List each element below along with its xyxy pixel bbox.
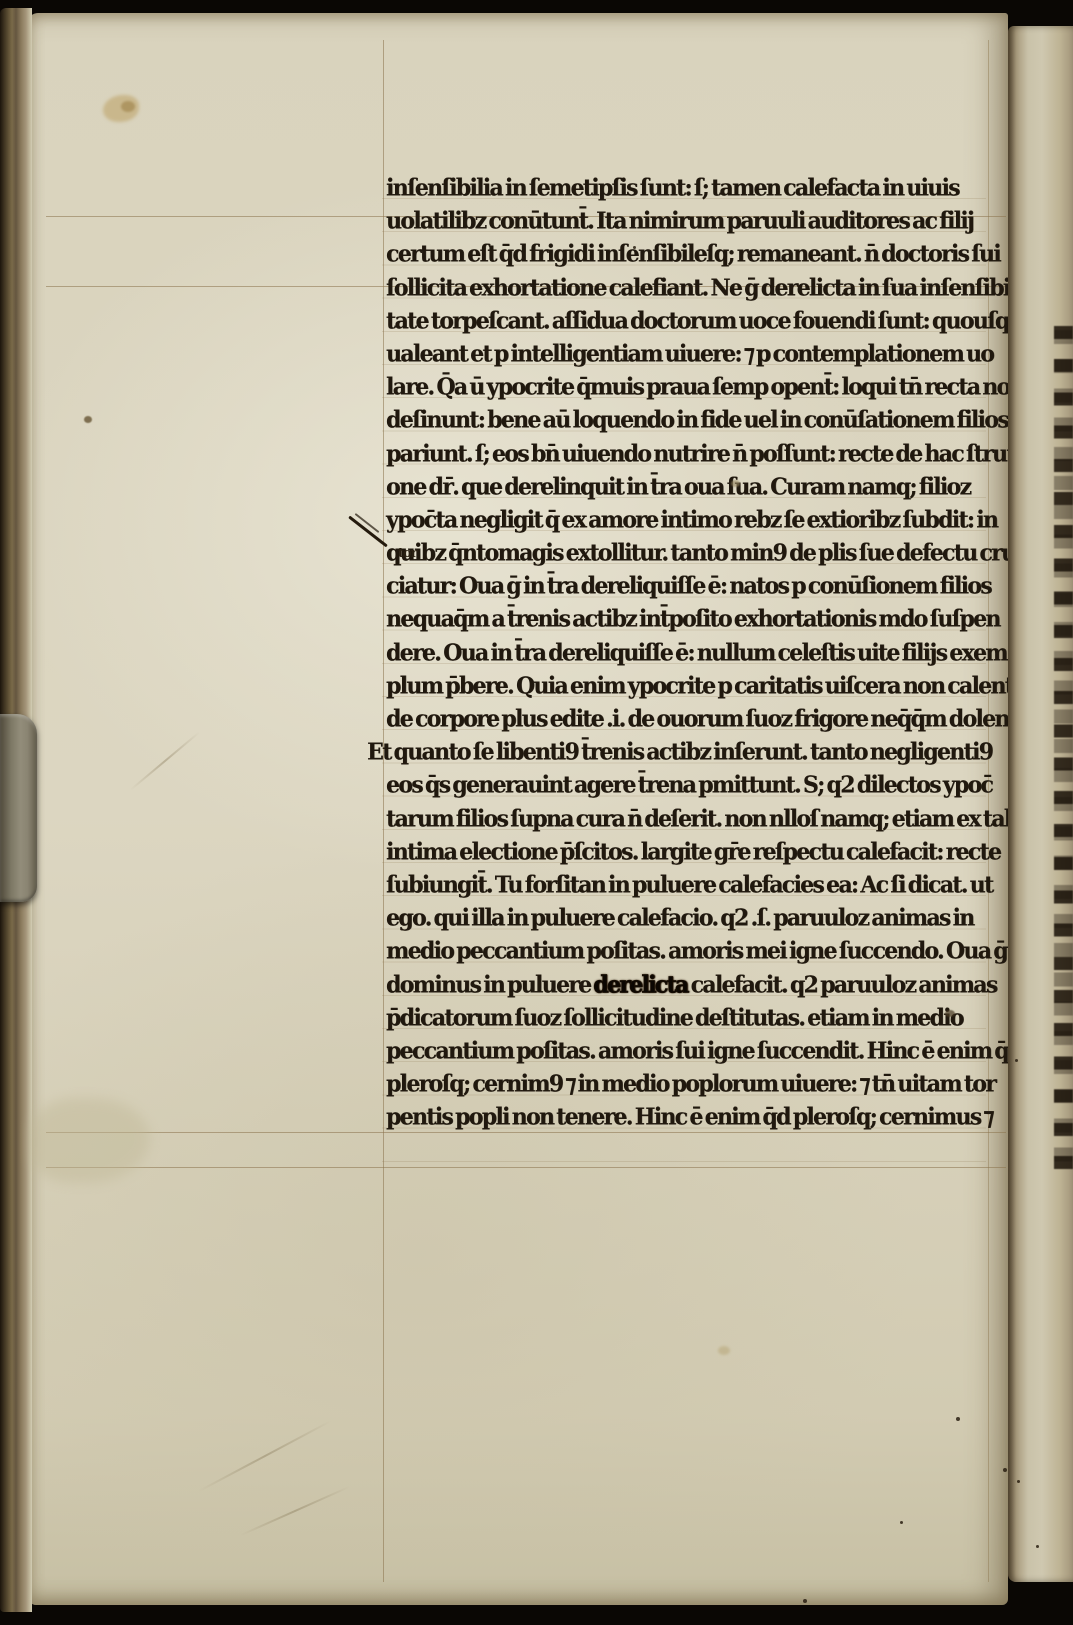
text-line-9: pariunt. ſ; eos bn̄ uiuendo nutrire n̄ p… xyxy=(386,437,990,472)
text-line-23: ego. qui illa in puluere calefacio. q2 .… xyxy=(386,901,990,936)
ink-speck xyxy=(900,1521,903,1524)
text-line-20: tarum filios ſupna cura n̄ deſerit. non … xyxy=(386,802,990,837)
text-line-29: pentis popli non tenere. Hinc ē enim q̄d… xyxy=(386,1100,990,1135)
parchment-stain xyxy=(731,480,740,487)
text-line-15: dere. Oua in t̄ra dereliquiſſe ē: nullum… xyxy=(386,636,990,671)
fore-edge-tab xyxy=(0,714,37,902)
text-line-8: deſinunt: bene aū loquendo in fide uel i… xyxy=(386,403,990,438)
text-line-19: eos q̄s generauint agere t̄rena pmittunt… xyxy=(386,768,990,803)
text-line-25-with-emphasis: dominus in puluere derelicta calefacit. … xyxy=(386,968,990,1003)
ruling-through-bottom-2 xyxy=(46,1167,1006,1168)
text-line-6: ualeant et p intelligentiam uiuere: ⁊ p … xyxy=(386,337,990,372)
text-line-14: nequaq̄m a t̄renis actibz int̄poſito exh… xyxy=(386,602,990,637)
parchment-stain xyxy=(945,1010,955,1017)
text-line-27: peccantium poſitas. amoris ſui igne ſucc… xyxy=(386,1034,990,1069)
facing-page-partial-text xyxy=(1054,326,1073,1176)
text-line-17: de corpore plus edite .i. de ouorum ſuoz… xyxy=(386,702,990,737)
text-line-22: ſubiungit̄. Tu forſitan in puluere calef… xyxy=(386,868,990,903)
text-line-18: Et quanto ſe libenti9 t̄renis actibz inſ… xyxy=(367,735,990,770)
text-column: inſenſibilia in ſemetipſis ſunt: ſ; tame… xyxy=(386,172,990,1134)
text-segment-pre: dominus in puluere xyxy=(386,971,593,999)
interlinear-correction: tor xyxy=(398,546,417,561)
text-line-3: certum eſt q̄d frigidi inſenſibileſq; re… xyxy=(386,237,990,272)
parchment-stain xyxy=(718,1346,730,1355)
text-line-21: intima electione p̄ſcitos. largite gr̄e … xyxy=(386,835,990,870)
parchment-stain xyxy=(84,416,92,423)
ink-speck xyxy=(956,1417,960,1421)
text-line-4: ſollicita exhortatione calefiant. Ne ḡ d… xyxy=(386,271,990,306)
text-line-2: uolatilibz conūtunt̄. Ita nimirum paruul… xyxy=(386,204,990,239)
parchment-stain xyxy=(121,101,135,112)
text-line-28: pleroſq; cernim9 ⁊ in medio poplorum uiu… xyxy=(386,1067,990,1102)
facing-page-sliver xyxy=(1008,26,1073,1582)
text-line-5: tate torpeſcant. aſſidua doctorum uoce f… xyxy=(386,304,990,339)
text-line-26: p̄dicatorum ſuoz ſollicitudine deſtituta… xyxy=(386,1001,990,1036)
ink-speck xyxy=(1017,1480,1020,1483)
emphasized-word-derelicta: derelicta xyxy=(593,971,687,999)
text-line-13: ciatur: Oua ḡ in t̄ra dereliquiſſe ē: na… xyxy=(386,569,990,604)
text-line-1: inſenſibilia in ſemetipſis ſunt: ſ; tame… xyxy=(386,171,990,206)
ink-speck xyxy=(633,246,636,249)
text-segment-post: calefacit. q2 paruuloz animas xyxy=(688,971,997,999)
ink-speck xyxy=(803,1599,807,1603)
ink-speck xyxy=(1003,1468,1007,1472)
text-line-24: medio peccantium poſitas. amoris mei ign… xyxy=(386,934,990,969)
text-line-11: ypoc̄ta negligit q̄ ex amore intimo rebz… xyxy=(386,503,990,538)
text-line-10: one dr̄. que derelinquit in t̄ra oua ſua… xyxy=(386,470,990,505)
photo-backdrop: inſenſibilia in ſemetipſis ſunt: ſ; tame… xyxy=(0,0,1073,1625)
text-line-7: lare. Q̄a ū ypocrite q̄muis praua ſemp o… xyxy=(386,370,990,405)
ink-speck xyxy=(1036,1545,1039,1548)
text-line-12: quibz q̄ntomagis extollitur. tanto min9 … xyxy=(386,536,990,571)
text-line-16: plum p̄bere. Quia enim ypocrite p carita… xyxy=(386,669,990,704)
ink-speck xyxy=(1015,1059,1018,1062)
